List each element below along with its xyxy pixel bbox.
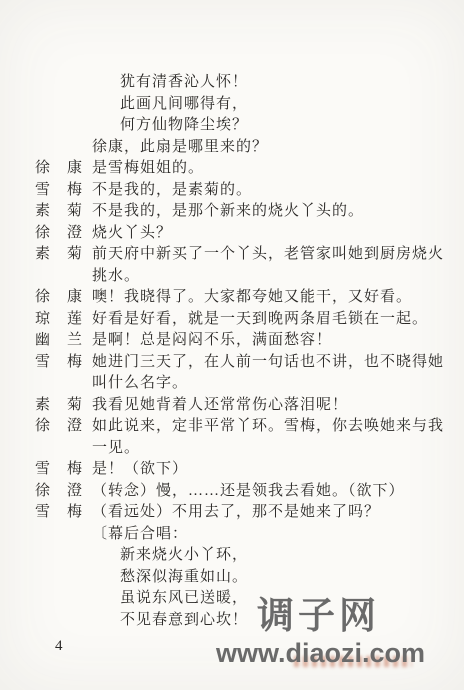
speaker-name: 雪 梅 [35,180,83,202]
speech-text: （转念）慢，……还是领我去看她。（欲下） [92,481,447,503]
dialogue-row: 徐 澄 烧火丫头？ [35,223,447,245]
watermark-site-url: www.diaozi.com [216,638,425,668]
speaker-name: 素 菊 [35,201,83,223]
speech-text: 不是我的，是素菊的。 [92,180,447,202]
dialogue-row: 徐 康 是雪梅姐姐的。 [35,158,447,180]
speech-text: 前天府中新买了一个丫头，老管家叫她到厨房烧火挑水。 [92,244,447,287]
dialogue-row: 雪 梅 （看远处）不用去了，那不是她来了吗？ [35,502,447,524]
speaker-name: 雪 梅 [35,502,83,524]
speaker-name: 素 菊 [35,395,83,417]
speech-text: 她进门三天了，在人前一句话也不讲，也不晓得她叫什么名字。 [92,352,447,395]
speaker-name: 徐 澄 [35,223,83,245]
speech-text: 烧火丫头？ [92,223,447,245]
speech-text: 好看是好看，就是一天到晚两条眉毛锁在一起。 [92,309,447,331]
script-text-block: 犹有清香沁人怀！此画凡间哪得有，何方仙物降尘埃？ 徐康，此扇是哪里来的？ 徐 康… [35,72,447,631]
verse-line: 新来烧火小丫环， [120,545,447,567]
verse-line: 此画凡间哪得有， [120,94,447,116]
speaker-name: 徐 澄 [35,481,83,503]
opening-dialogue-line: 徐康，此扇是哪里来的？ [92,137,447,159]
speech-text: （看远处）不用去了，那不是她来了吗？ [92,502,447,524]
dialogue-row: 雪 梅 她进门三天了，在人前一句话也不讲，也不晓得她叫什么名字。 [35,352,447,395]
dialogue-row: 徐 澄 （转念）慢，……还是领我去看她。（欲下） [35,481,447,503]
dialogue-row: 徐 澄 如此说来，定非平常丫环。雪梅，你去唤她来与我一见。 [35,416,447,459]
dialogue-row: 幽 兰 是啊！总是闷闷不乐，满面愁容！ [35,330,447,352]
dialogue-row: 徐 康 噢！我晓得了。大家都夸她又能干，又好看。 [35,287,447,309]
speaker-name: 素 菊 [35,244,83,266]
speech-text: 噢！我晓得了。大家都夸她又能干，又好看。 [92,287,447,309]
speech-text: 不是我的，是那个新来的烧火丫头的。 [92,201,447,223]
speech-text: 是！（欲下） [92,459,447,481]
speaker-name: 雪 梅 [35,459,83,481]
speech-text: 是啊！总是闷闷不乐，满面愁容！ [92,330,447,352]
verse-line: 犹有清香沁人怀！ [120,72,447,94]
speaker-name: 徐 康 [35,158,83,180]
speaker-name: 雪 梅 [35,352,83,374]
dialogue-row: 雪 梅 不是我的，是素菊的。 [35,180,447,202]
speaker-name: 徐 康 [35,287,83,309]
opening-verse: 犹有清香沁人怀！此画凡间哪得有，何方仙物降尘埃？ [35,72,447,137]
speaker-name: 徐 澄 [35,416,83,438]
speech-text: 我看见她背着人还常常伤心落泪呢！ [92,395,447,417]
watermark: 调子网 www.diaozi.com [234,600,464,690]
speech-text: 是雪梅姐姐的。 [92,158,447,180]
dialogue-row: 素 菊 前天府中新买了一个丫头，老管家叫她到厨房烧火挑水。 [35,244,447,287]
speaker-name: 琼 莲 [35,309,83,331]
verse-line: 何方仙物降尘埃？ [120,115,447,137]
verse-line: 愁深似海重如山。 [120,567,447,589]
watermark-site-name: 调子网 [257,596,380,636]
dialogue-row: 素 菊 我看见她背着人还常常伤心落泪呢！ [35,395,447,417]
dialogue-row: 琼 莲 好看是好看，就是一天到晚两条眉毛锁在一起。 [35,309,447,331]
dialogue-list: 徐 康 是雪梅姐姐的。 雪 梅 不是我的，是素菊的。 素 菊 不是我的，是那个新… [35,158,447,524]
dialogue-row: 素 菊 不是我的，是那个新来的烧火丫头的。 [35,201,447,223]
dialogue-row: 雪 梅 是！（欲下） [35,459,447,481]
speech-text: 如此说来，定非平常丫环。雪梅，你去唤她来与我一见。 [92,416,447,459]
speaker-name: 幽 兰 [35,330,83,352]
page-number: 4 [55,638,63,655]
stage-direction: 〔幕后合唱： [92,524,447,546]
book-page: 犹有清香沁人怀！此画凡间哪得有，何方仙物降尘埃？ 徐康，此扇是哪里来的？ 徐 康… [0,0,464,690]
